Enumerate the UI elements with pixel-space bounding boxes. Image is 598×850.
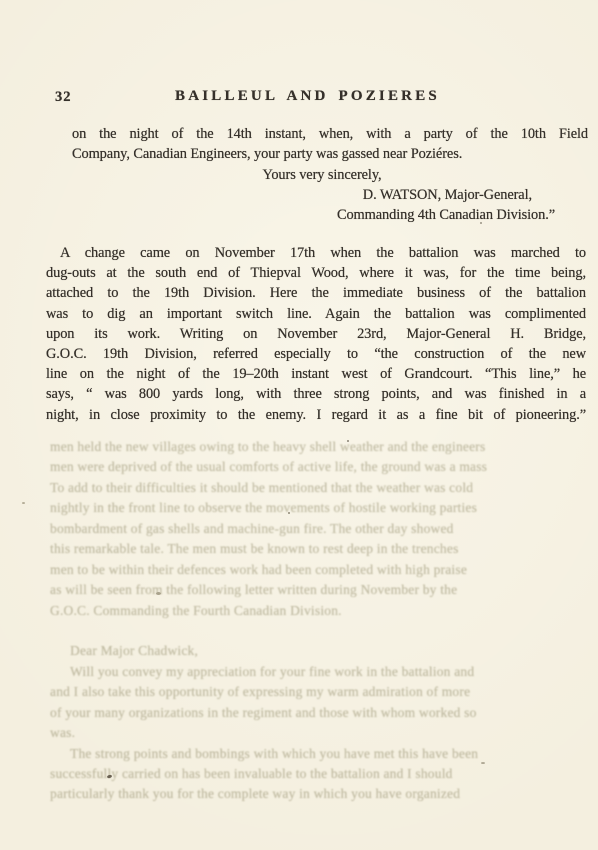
bleedthrough-line: of your many organizations in the regime… xyxy=(50,703,582,723)
bleedthrough-text: men held the new villages owing to the h… xyxy=(50,437,582,805)
text-line: line on the night of the 19–20th instant… xyxy=(46,364,586,384)
bleedthrough-line: The strong points and bombings with whic… xyxy=(50,744,582,764)
bleedthrough-line: nightly in the front line to observe the… xyxy=(50,498,582,518)
bleedthrough-line: G.O.C. Commanding the Fourth Canadian Di… xyxy=(50,601,582,621)
paper-speck xyxy=(480,222,482,224)
paper-speck xyxy=(107,774,113,778)
bleedthrough-line: men held the new villages owing to the h… xyxy=(50,437,582,457)
text-line: A change came on November 17th when the … xyxy=(46,243,586,263)
bleedthrough-line: men were deprived of the usual comforts … xyxy=(50,457,582,477)
paper-speck xyxy=(481,762,485,764)
book-page-scan: 32 BAILLEUL AND POZIERES on the night of… xyxy=(0,0,598,850)
bleedthrough-line: men to be within their defences work had… xyxy=(50,560,582,580)
paper-speck xyxy=(156,592,161,595)
bleedthrough-line: and I also take this opportunity of expr… xyxy=(50,682,582,702)
letter-line: Company, Canadian Engineers, your party … xyxy=(72,144,588,164)
paper-speck xyxy=(288,512,290,514)
text-line: G.O.C. 19th Division, referred especiall… xyxy=(46,344,586,364)
letter-valediction: Yours very sincerely, xyxy=(72,165,588,185)
bleedthrough-line: as will be seen from the following lette… xyxy=(50,580,582,600)
bleedthrough-line: To add to their difficulties it should b… xyxy=(50,478,582,498)
text-line: dug-outs at the south end of Thiepval Wo… xyxy=(46,263,586,283)
text-line: upon its work. Writing on November 23rd,… xyxy=(46,324,586,344)
letter-signature: D. WATSON, Major-General, xyxy=(72,185,588,205)
bleedthrough-line: was. xyxy=(50,723,582,743)
bleedthrough-line: this remarkable tale. The men must be kn… xyxy=(50,539,582,559)
text-line: says, “ was 800 yards long, with three s… xyxy=(46,384,586,404)
bleedthrough-line: successfully carried on has been invalua… xyxy=(50,764,582,784)
letter-excerpt: on the night of the 14th instant, when, … xyxy=(72,124,588,225)
body-paragraph: A change came on November 17th when the … xyxy=(46,243,586,425)
letter-signature-title: Commanding 4th Canadian Division.” xyxy=(72,205,588,225)
text-line: attached to the 19th Division. Here the … xyxy=(46,283,586,303)
bleedthrough-line: Dear Major Chadwick, xyxy=(50,641,582,661)
bleedthrough-line: particularly thank you for the complete … xyxy=(50,784,582,804)
running-head-title: BAILLEUL AND POZIERES xyxy=(40,88,575,105)
paper-speck xyxy=(22,502,25,504)
letter-line: on the night of the 14th instant, when, … xyxy=(72,124,588,144)
bleedthrough-line: Will you convey my appreciation for your… xyxy=(50,662,582,682)
bleedthrough-line: bombardment of gas shells and machine-gu… xyxy=(50,519,582,539)
text-line: was to dig an important switch line. Aga… xyxy=(46,304,586,324)
paper-speck xyxy=(347,440,349,442)
text-line: night, in close proximity to the enemy. … xyxy=(46,405,586,425)
bleedthrough-line xyxy=(50,621,582,641)
